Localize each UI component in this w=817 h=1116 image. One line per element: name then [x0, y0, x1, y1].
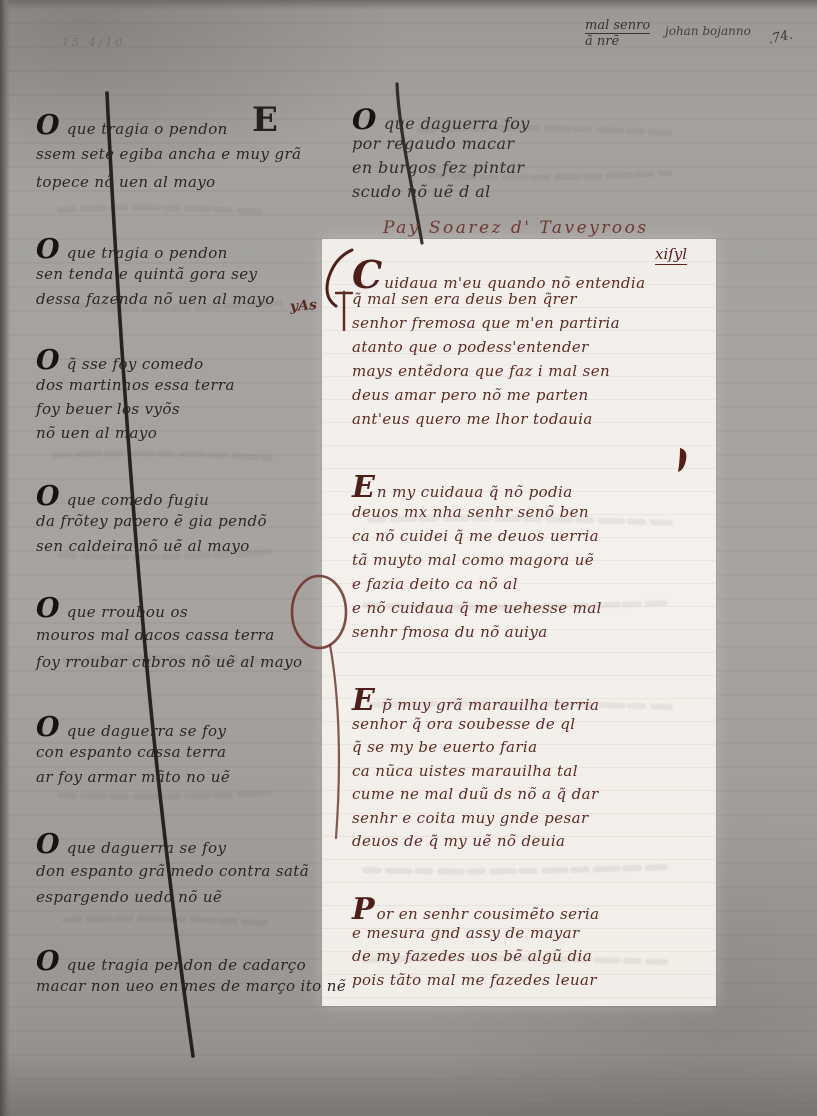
verse-line: senhr e coita muy gnde pesar	[352, 807, 599, 831]
verse-line: O que daguerra se foy	[36, 832, 309, 858]
page-edge-bottom	[0, 1056, 817, 1116]
highlight-stanza-3: E p̃ muy grã marauilha terriasenhor q̃ o…	[352, 689, 599, 854]
folio-number: .74.	[767, 28, 794, 48]
verse-line: e nõ cuidaua q̃ me uehesse mal	[352, 596, 602, 620]
verse-line: Cuidaua m'eu quando nõ entendia	[352, 263, 645, 287]
left-stanza-8: O que tragia pendon de cadarçomacar non …	[36, 949, 346, 999]
verse-line: tã muyto mal como magora uẽ	[352, 548, 602, 572]
verse-line: foy rroubar cubros nõ uẽ al mayo	[36, 649, 302, 676]
left-stanza-6: O que daguerra se foycon espanto cassa t…	[36, 715, 230, 790]
page-edge-top	[0, 0, 817, 10]
pencil-note: 15 4/10	[62, 36, 125, 49]
top-right-note-line2: ã nrē	[585, 34, 650, 49]
verse-line: En my cuidaua q̃ nõ podia	[352, 476, 602, 500]
page-edge-left	[0, 0, 10, 1116]
left-stanza-1: O que tragia o pendonssem sete egiba anc…	[36, 112, 301, 196]
highlight-stanza-1: Cuidaua m'eu quando nõ entendiaq̃ mal se…	[352, 263, 645, 431]
verse-line: macar non ueo en mes de março ito nẽ	[36, 974, 346, 999]
verse-line: mays entẽdora que faz i mal sen	[352, 359, 645, 383]
left-stanza-2: O que tragia o pendonsen tenda e quintã …	[36, 237, 275, 312]
verse-line: de my fazedes uos bẽ algũ dia	[352, 945, 599, 969]
author-rubric: Pay Soarez d' Taveyroos	[383, 218, 649, 238]
top-right-name-note: johan bojanno	[665, 24, 751, 38]
verse-line: O que daguerra se foy	[36, 715, 230, 740]
verse-line: O que comedo fugiu	[36, 484, 267, 509]
verse-line: e mesura gnd assy de mayar	[352, 922, 599, 946]
verse-line: deuos mx nha senhr senõ ben	[352, 500, 602, 524]
verse-line: cume ne mal duũ ds nõ a q̃ dar	[352, 783, 599, 807]
verse-line: senhr fmosa du nõ auiya	[352, 620, 602, 644]
verse-line: don espanto grã medo contra satã	[36, 858, 309, 884]
verse-line: nõ uen al mayo	[36, 421, 235, 445]
verse-line: senhor fremosa que m'en partiria	[352, 311, 645, 335]
verse-line: e fazia deito ca nõ al	[352, 572, 602, 596]
verse-line: O que tragia pendon de cadarço	[36, 949, 346, 974]
verse-line: scudo nõ uẽ d al	[352, 180, 530, 204]
verse-line: da frõtey papero ẽ gia pendõ	[36, 509, 267, 534]
verse-line: ar foy armar mãto no uẽ	[36, 765, 230, 790]
left-stanza-3: O q̃ sse foy comedodos martinhos essa te…	[36, 349, 235, 445]
verse-line: atanto que o podess'entender	[352, 335, 645, 359]
verse-line: dos martinhos essa terra	[36, 373, 235, 397]
verse-line: pois tãto mal me fazedes leuar	[352, 969, 599, 993]
quire-mark: yAs	[289, 297, 317, 315]
verse-line: ca nõ cuidei q̃ me deuos uerria	[352, 524, 602, 548]
verse-line: deuos de q̃ my uẽ nõ deuia	[352, 830, 599, 854]
verse-line: O que tragia o pendon	[36, 237, 275, 262]
verse-line: sen caldeira nõ uẽ al mayo	[36, 534, 267, 559]
left-stanza-4: O que comedo fugiuda frõtey papero ẽ gia…	[36, 484, 267, 559]
verse-line: E p̃ muy grã marauilha terria	[352, 689, 599, 713]
verse-line: sen tenda e quintã gora sey	[36, 262, 275, 287]
right-top-stanza: O que daguerra foypor regaudo macaren bu…	[352, 108, 530, 204]
verse-line: O q̃ sse foy comedo	[36, 349, 235, 373]
verse-line: ssem sete egiba ancha e muy grã	[36, 140, 301, 168]
left-stanza-7: O que daguerra se foydon espanto grã med…	[36, 832, 309, 910]
top-right-note-line1: mal senro	[585, 18, 650, 34]
verse-line: en burgos fez pintar	[352, 156, 530, 180]
verse-line: con espanto cassa terra	[36, 740, 230, 765]
left-stanza-5: O que rroubou osmouros mal dacos cassa t…	[36, 595, 302, 676]
verse-line: O que rroubou os	[36, 595, 302, 622]
verse-line: mouros mal dacos cassa terra	[36, 622, 302, 649]
highlight-stanza-2: En my cuidaua q̃ nõ podiadeuos mx nha se…	[352, 476, 602, 644]
verse-line: q̃ se my be euerto faria	[352, 736, 599, 760]
verse-line: Por en senhr cousimẽto seria	[352, 898, 599, 922]
verse-line: foy beuer los vyõs	[36, 397, 235, 421]
manuscript-page: 15 4/10 mal senro ã nrē johan bojanno .7…	[0, 0, 817, 1116]
verse-line: senhor q̃ ora soubesse de ql	[352, 713, 599, 737]
verse-line: O que daguerra foy	[352, 108, 530, 132]
top-right-note: mal senro ã nrē	[585, 18, 650, 49]
poem-number: xiſyl	[655, 245, 687, 265]
verse-line: dessa fazenda nõ uen al mayo	[36, 287, 275, 312]
verse-line: ca nũca uistes marauilha tal	[352, 760, 599, 784]
verse-line: deus amar pero nõ me parten	[352, 383, 645, 407]
verse-line: por regaudo macar	[352, 132, 530, 156]
verse-line: O que tragia o pendon	[36, 112, 301, 140]
verse-line: espargendo uedo nõ uẽ	[36, 884, 309, 910]
verse-line: topece nõ uen al mayo	[36, 168, 301, 196]
verse-line: ant'eus quero me lhor todauia	[352, 407, 645, 431]
highlight-stanza-4: Por en senhr cousimẽto seriae mesura gnd…	[352, 898, 599, 992]
